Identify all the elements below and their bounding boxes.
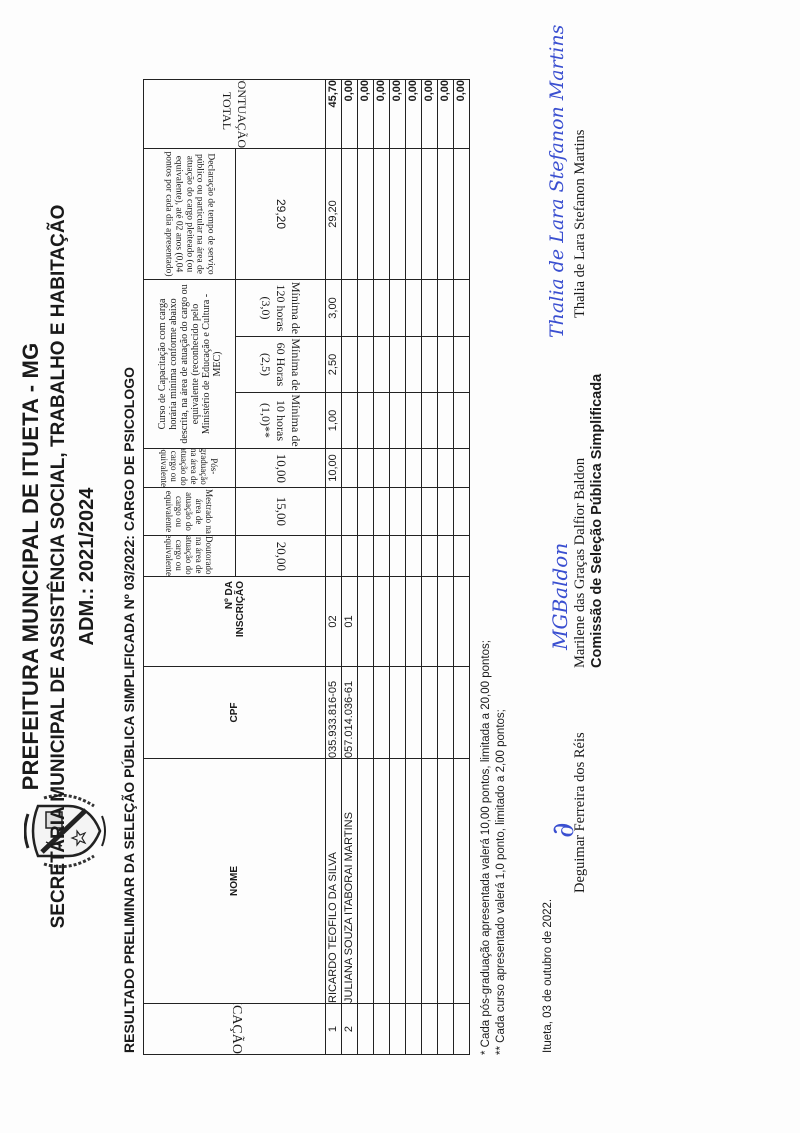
results-table: CLASSIFICAÇÃO NOME CPF Nº DA INSCRIÇÃO D…: [143, 79, 470, 1055]
col-header-inscricao: Nº DA INSCRIÇÃO: [144, 577, 326, 667]
cell-curso-60: 2,50: [326, 337, 342, 393]
cell-declaracao: [390, 148, 406, 279]
signature-block-3: Thalia de Lara Stefanon Martins Thalia d…: [572, 130, 589, 318]
cell-nome: [390, 759, 406, 1004]
cell-total: 0,00: [390, 79, 406, 148]
cell-doutorado: [342, 536, 358, 577]
cell-curso-10: [358, 393, 374, 449]
cell-cpf: [358, 667, 374, 759]
cell-classificacao: [422, 1004, 438, 1055]
signer-name-1: Deguimar Ferreira dos Réis: [572, 732, 589, 893]
cell-mestrado: [422, 488, 438, 536]
cell-inscricao: [358, 577, 374, 667]
max-pos: 10,00: [236, 449, 326, 488]
signature-block-2: MGBaldon Marilene das Graças Dalfior Bal…: [572, 374, 605, 668]
cell-pos: [438, 449, 454, 488]
cell-declaracao: 29,20: [326, 148, 342, 279]
cell-total: 0,00: [438, 79, 454, 148]
cell-curso-120: [342, 279, 358, 336]
cell-inscricao: [374, 577, 390, 667]
cell-doutorado: [422, 536, 438, 577]
cell-declaracao: [342, 148, 358, 279]
table-row: 0,00: [374, 79, 390, 1054]
cell-curso-10: [374, 393, 390, 449]
cell-total: 0,00: [358, 79, 374, 148]
max-declaracao: 29,20: [236, 148, 326, 279]
cell-nome: [358, 759, 374, 1004]
cell-classificacao: 2: [342, 1004, 358, 1055]
col-header-mestrado: Mestrado na área de atuação do cargo ou …: [144, 488, 236, 536]
cell-pos: [422, 449, 438, 488]
date-line: Itueta, 03 de outubro de 2022.: [542, 899, 554, 1053]
curso-120h-header: Mínima de 120 horas (3,0): [236, 279, 326, 336]
cell-inscricao: [454, 577, 470, 667]
cell-curso-120: [374, 279, 390, 336]
cell-total: 0,00: [342, 79, 358, 148]
header-administration: ADM.: 2021/2024: [76, 0, 99, 1133]
cell-classificacao: [390, 1004, 406, 1055]
table-row: 2JULIANA SOUZA ITABORAI MARTINS057.014.0…: [342, 79, 358, 1054]
col-header-total: PONTUAÇÃO TOTAL: [144, 79, 326, 148]
col-header-pos: Pós-graduação na área de atuação do carg…: [144, 449, 236, 488]
table-row: 0,00: [454, 79, 470, 1054]
cell-curso-10: [406, 393, 422, 449]
cell-nome: RICARDO TEOFILO DA SILVA: [326, 759, 342, 1004]
cell-nome: [406, 759, 422, 1004]
col-header-declaracao: Declaração de tempo de serviço público o…: [144, 148, 236, 279]
signer-role-2: Comissão de Seleção Pública Simplificada: [589, 374, 605, 668]
signature-handwriting-2: MGBaldon: [548, 543, 572, 650]
cell-classificacao: [358, 1004, 374, 1055]
cell-mestrado: [406, 488, 422, 536]
cell-mestrado: [358, 488, 374, 536]
cell-classificacao: [406, 1004, 422, 1055]
cell-doutorado: [406, 536, 422, 577]
table-row: 0,00: [406, 79, 422, 1054]
cell-doutorado: [374, 536, 390, 577]
cell-classificacao: [438, 1004, 454, 1055]
document-page: PREFEITURA MUNICIPAL DE ITUETA - MG SECR…: [0, 0, 800, 1133]
cell-inscricao: [422, 577, 438, 667]
cell-declaracao: [422, 148, 438, 279]
cell-cpf: 057.014.036-61: [342, 667, 358, 759]
cell-curso-120: [454, 279, 470, 336]
cell-classificacao: [374, 1004, 390, 1055]
table-row: 1RICARDO TEOFILO DA SILVA035.933.816-050…: [326, 79, 342, 1054]
cell-mestrado: [374, 488, 390, 536]
cell-inscricao: [406, 577, 422, 667]
footnote-2: ** Cada curso apresentado valerá 1,0 pon…: [494, 640, 509, 1055]
cell-curso-60: [422, 337, 438, 393]
table-row: 0,00: [422, 79, 438, 1054]
cell-pos: [390, 449, 406, 488]
table-row: 0,00: [390, 79, 406, 1054]
cell-curso-120: [438, 279, 454, 336]
cell-doutorado: [390, 536, 406, 577]
cell-pos: [406, 449, 422, 488]
cell-cpf: [406, 667, 422, 759]
cell-cpf: [390, 667, 406, 759]
cell-curso-10: [422, 393, 438, 449]
cell-curso-60: [342, 337, 358, 393]
cell-curso-60: [358, 337, 374, 393]
header-secretaria: SECRETARIA MUNICIPAL DE ASSISTÊNCIA SOCI…: [48, 0, 70, 1133]
cell-mestrado: [438, 488, 454, 536]
cell-curso-60: [390, 337, 406, 393]
cell-cpf: 035.933.816-05: [326, 667, 342, 759]
cell-declaracao: [406, 148, 422, 279]
cell-doutorado: [438, 536, 454, 577]
table-row: 0,00: [438, 79, 454, 1054]
cell-curso-120: [390, 279, 406, 336]
cell-curso-120: [422, 279, 438, 336]
cell-pos: [454, 449, 470, 488]
cell-mestrado: [390, 488, 406, 536]
cell-nome: [438, 759, 454, 1004]
max-doutorado: 20,00: [236, 536, 326, 577]
cell-nome: [454, 759, 470, 1004]
cell-curso-120: [358, 279, 374, 336]
cell-inscricao: 02: [326, 577, 342, 667]
cell-declaracao: [374, 148, 390, 279]
cell-declaracao: [358, 148, 374, 279]
cell-cpf: [422, 667, 438, 759]
col-header-nome: NOME: [144, 759, 326, 1004]
cell-curso-10: [454, 393, 470, 449]
cell-mestrado: [342, 488, 358, 536]
cell-curso-10: [342, 393, 358, 449]
col-header-classificacao: CLASSIFICAÇÃO: [144, 1004, 326, 1055]
cell-inscricao: [438, 577, 454, 667]
cell-mestrado: [454, 488, 470, 536]
cell-pos: [358, 449, 374, 488]
cell-pos: [374, 449, 390, 488]
signature-handwriting-3: Thalia de Lara Stefanon Martins: [546, 25, 568, 338]
cell-cpf: [438, 667, 454, 759]
cell-total: 0,00: [374, 79, 390, 148]
curso-60h-header: Mínima de 60 Horas (2,5): [236, 337, 326, 393]
cell-total: 0,00: [406, 79, 422, 148]
footnote-1: * Cada pós-graduação apresentada valerá …: [479, 640, 494, 1055]
cell-pos: [342, 449, 358, 488]
table-row: 0,00: [358, 79, 374, 1054]
signer-name-3: Thalia de Lara Stefanon Martins: [572, 130, 589, 318]
cell-curso-60: [438, 337, 454, 393]
cell-curso-120: [406, 279, 422, 336]
cell-curso-60: [406, 337, 422, 393]
cell-curso-10: 1,00: [326, 393, 342, 449]
cell-nome: [422, 759, 438, 1004]
col-header-curso: Curso de Capacitação com carga horária m…: [144, 279, 236, 448]
footnotes: * Cada pós-graduação apresentada valerá …: [479, 640, 509, 1055]
cell-total: 0,00: [422, 79, 438, 148]
curso-10h-header: Mínima de 10 horas (1,0)**: [236, 393, 326, 449]
col-header-cpf: CPF: [144, 667, 326, 759]
cell-total: 45,70: [326, 79, 342, 148]
cell-declaracao: [438, 148, 454, 279]
cell-pos: 10,00: [326, 449, 342, 488]
cell-total: 0,00: [454, 79, 470, 148]
cell-curso-10: [438, 393, 454, 449]
signature-block-1: ∂ Deguimar Ferreira dos Réis: [572, 732, 589, 893]
cell-nome: [374, 759, 390, 1004]
max-mestrado: 15,00: [236, 488, 326, 536]
signature-handwriting-1: ∂: [546, 822, 581, 838]
cell-cpf: [454, 667, 470, 759]
cell-classificacao: 1: [326, 1004, 342, 1055]
cell-nome: JULIANA SOUZA ITABORAI MARTINS: [342, 759, 358, 1004]
col-header-doutorado: Doutorado na área de atuação do cargo ou…: [144, 536, 236, 577]
cell-curso-10: [390, 393, 406, 449]
document-subtitle: RESULTADO PRELIMINAR DA SELEÇÃO PÚBLICA …: [121, 367, 137, 1053]
cell-doutorado: [358, 536, 374, 577]
signer-name-2: Marilene das Graças Dalfior Baldon: [572, 374, 589, 668]
cell-inscricao: [390, 577, 406, 667]
cell-curso-60: [374, 337, 390, 393]
cell-doutorado: [454, 536, 470, 577]
cell-inscricao: 01: [342, 577, 358, 667]
header-prefeitura: PREFEITURA MUNICIPAL DE ITUETA - MG: [18, 0, 44, 1133]
cell-mestrado: [326, 488, 342, 536]
cell-declaracao: [454, 148, 470, 279]
cell-cpf: [374, 667, 390, 759]
cell-curso-60: [454, 337, 470, 393]
cell-curso-120: 3,00: [326, 279, 342, 336]
cell-doutorado: [326, 536, 342, 577]
cell-classificacao: [454, 1004, 470, 1055]
